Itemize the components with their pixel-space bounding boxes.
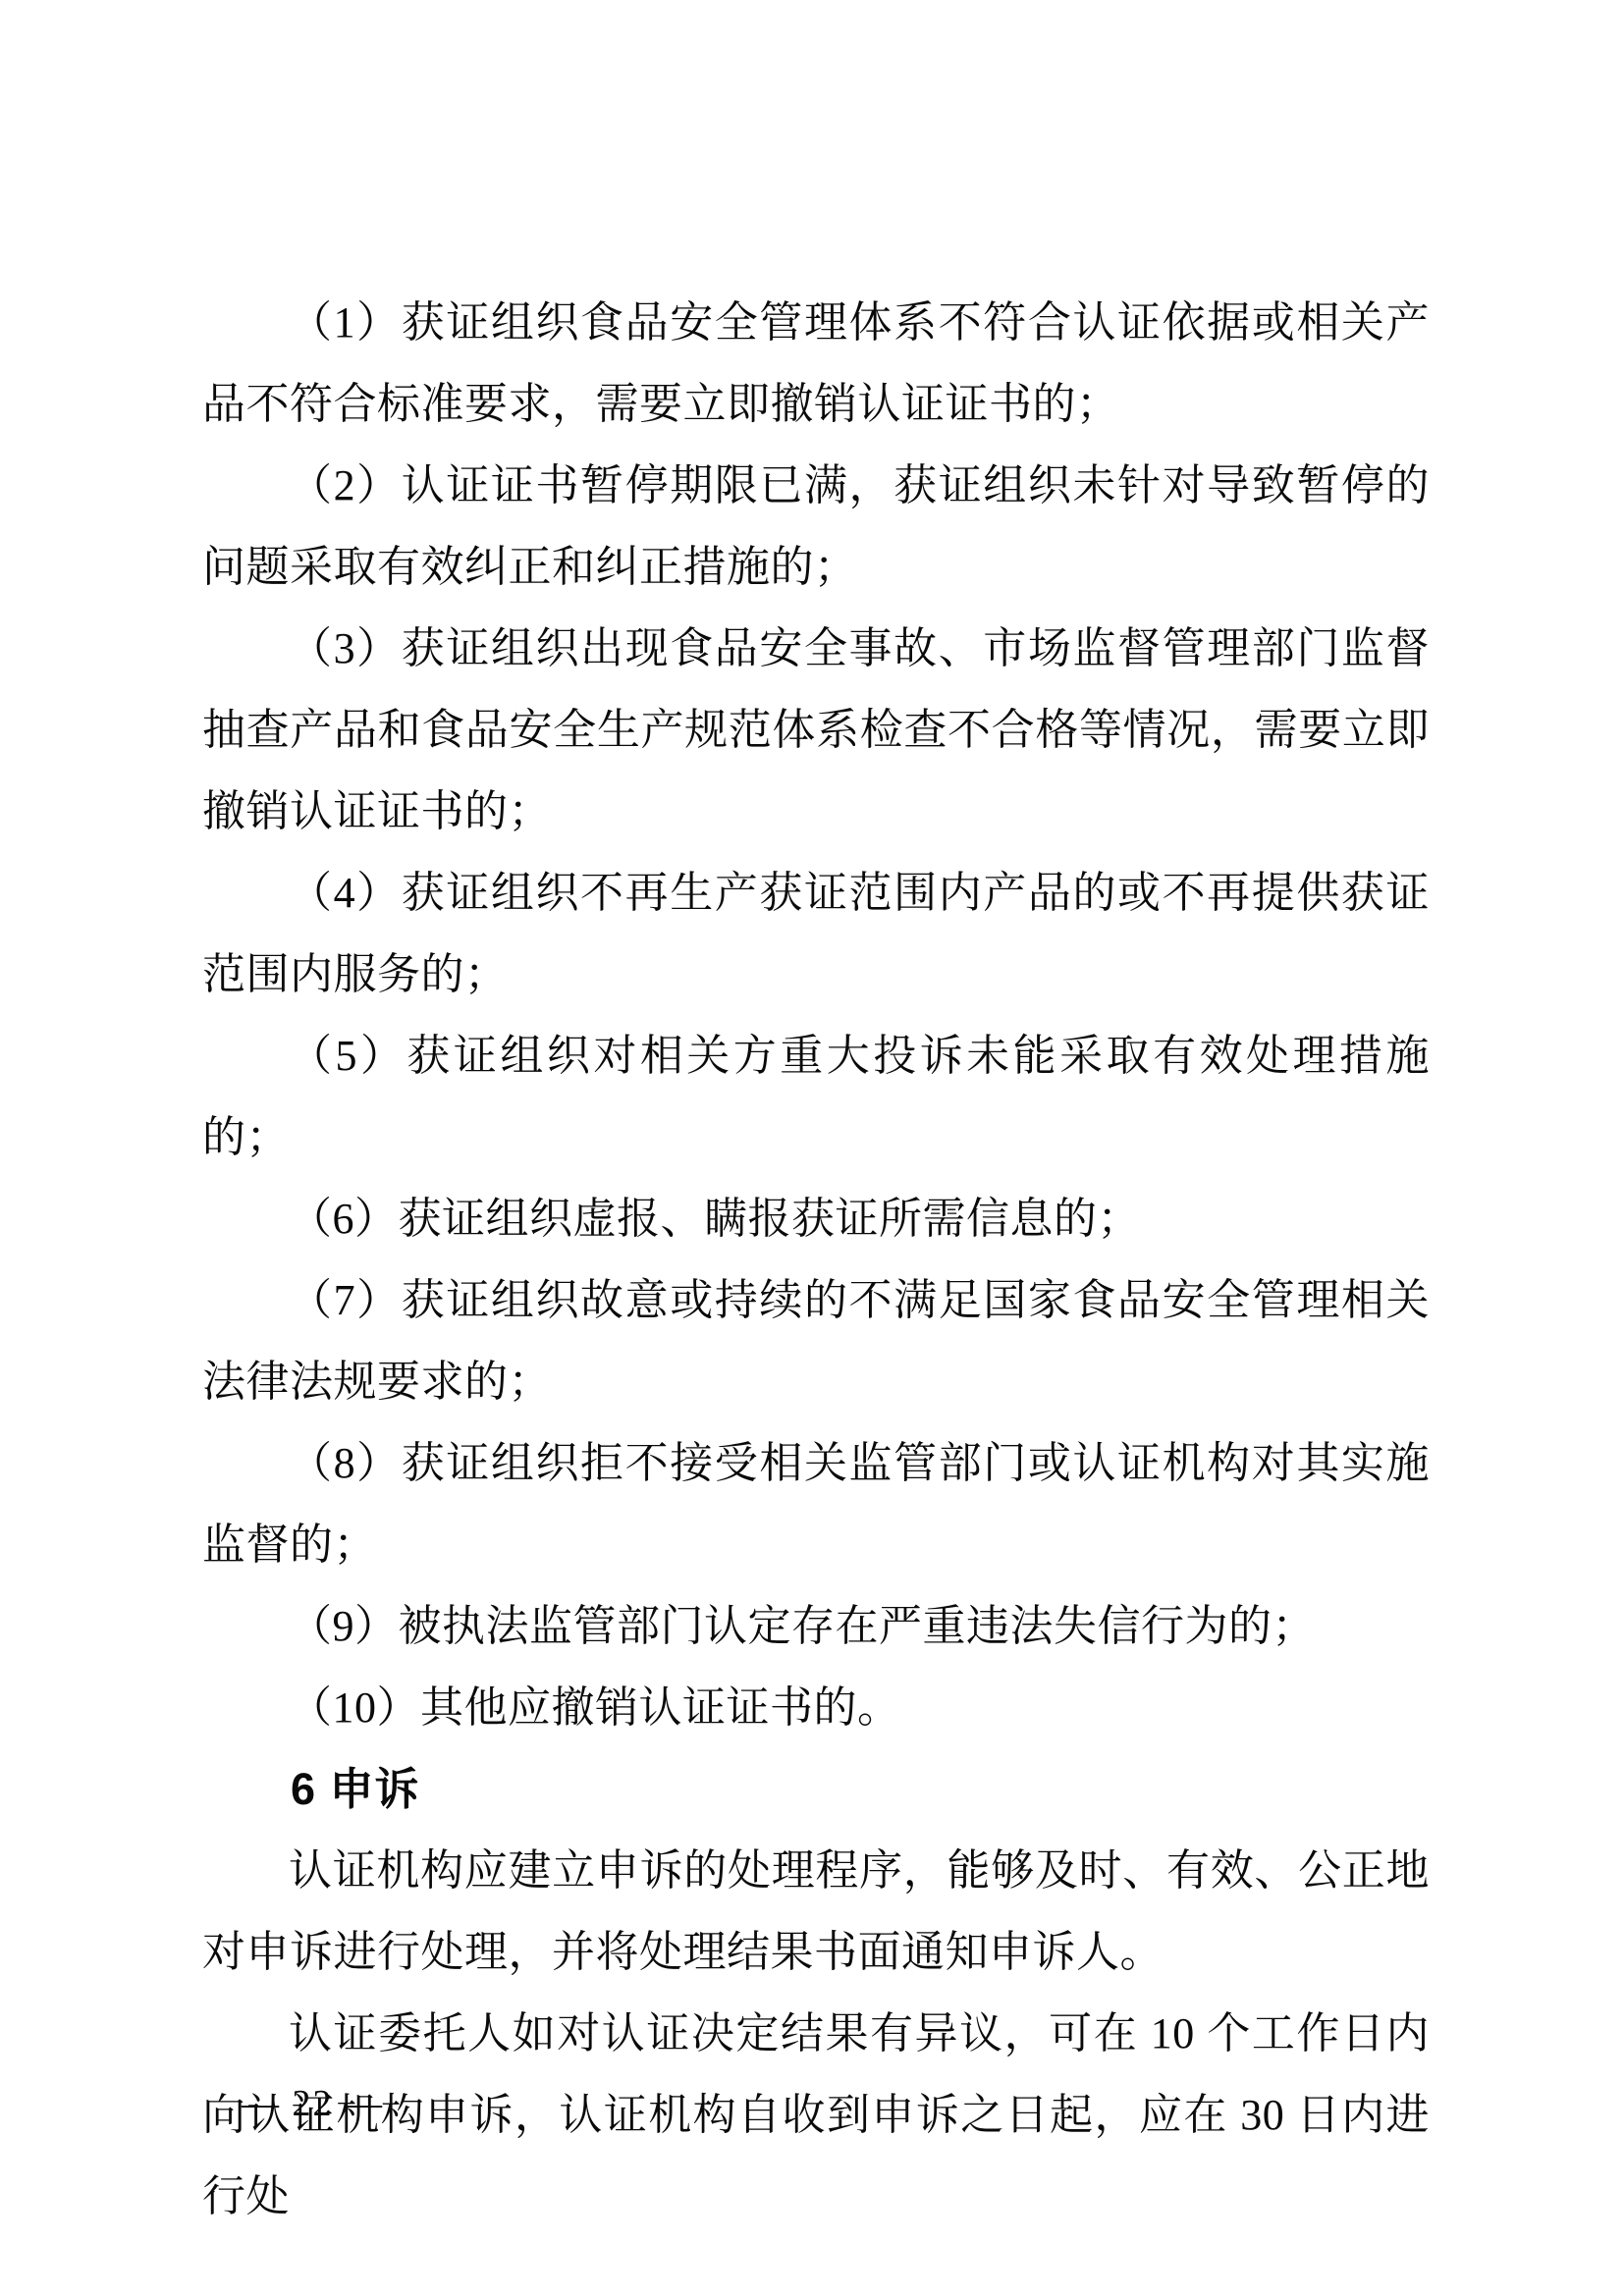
appeal-paragraph-2: 认证委托人如对认证决定结果有异议，可在 10 个工作日内向认证机构申诉，认证机构…	[202, 1993, 1430, 2237]
clause-6: （6）获证组织虚报、瞒报获证所需信息的；	[202, 1178, 1430, 1259]
clause-3: （3）获证组织出现食品安全事故、市场监督管理部门监督抽查产品和食品安全生产规范体…	[202, 608, 1430, 852]
document-page: （1）获证组织食品安全管理体系不符合认证依据或相关产品不符合标准要求，需要立即撤…	[0, 0, 1624, 2296]
clause-1: （1）获证组织食品安全管理体系不符合认证依据或相关产品不符合标准要求，需要立即撤…	[202, 282, 1430, 445]
page-number: — 22 —	[242, 2082, 384, 2125]
clause-5: （5）获证组织对相关方重大投诉未能采取有效处理措施的；	[202, 1015, 1430, 1178]
appeal-paragraph-1: 认证机构应建立申诉的处理程序，能够及时、有效、公正地对申诉进行处理，并将处理结果…	[202, 1830, 1430, 1993]
clause-4: （4）获证组织不再生产获证范围内产品的或不再提供获证范围内服务的；	[202, 852, 1430, 1015]
clause-7: （7）获证组织故意或持续的不满足国家食品安全管理相关法律法规要求的；	[202, 1259, 1430, 1422]
page-content: （1）获证组织食品安全管理体系不符合认证依据或相关产品不符合标准要求，需要立即撤…	[202, 282, 1430, 2237]
clause-9: （9）被执法监管部门认定存在严重违法失信行为的；	[202, 1585, 1430, 1667]
section-heading: 6 申诉	[202, 1748, 1430, 1830]
clause-10: （10）其他应撤销认证证书的。	[202, 1667, 1430, 1748]
clause-8: （8）获证组织拒不接受相关监管部门或认证机构对其实施监督的；	[202, 1422, 1430, 1585]
clause-2: （2）认证证书暂停期限已满，获证组织未针对导致暂停的问题采取有效纠正和纠正措施的…	[202, 445, 1430, 608]
